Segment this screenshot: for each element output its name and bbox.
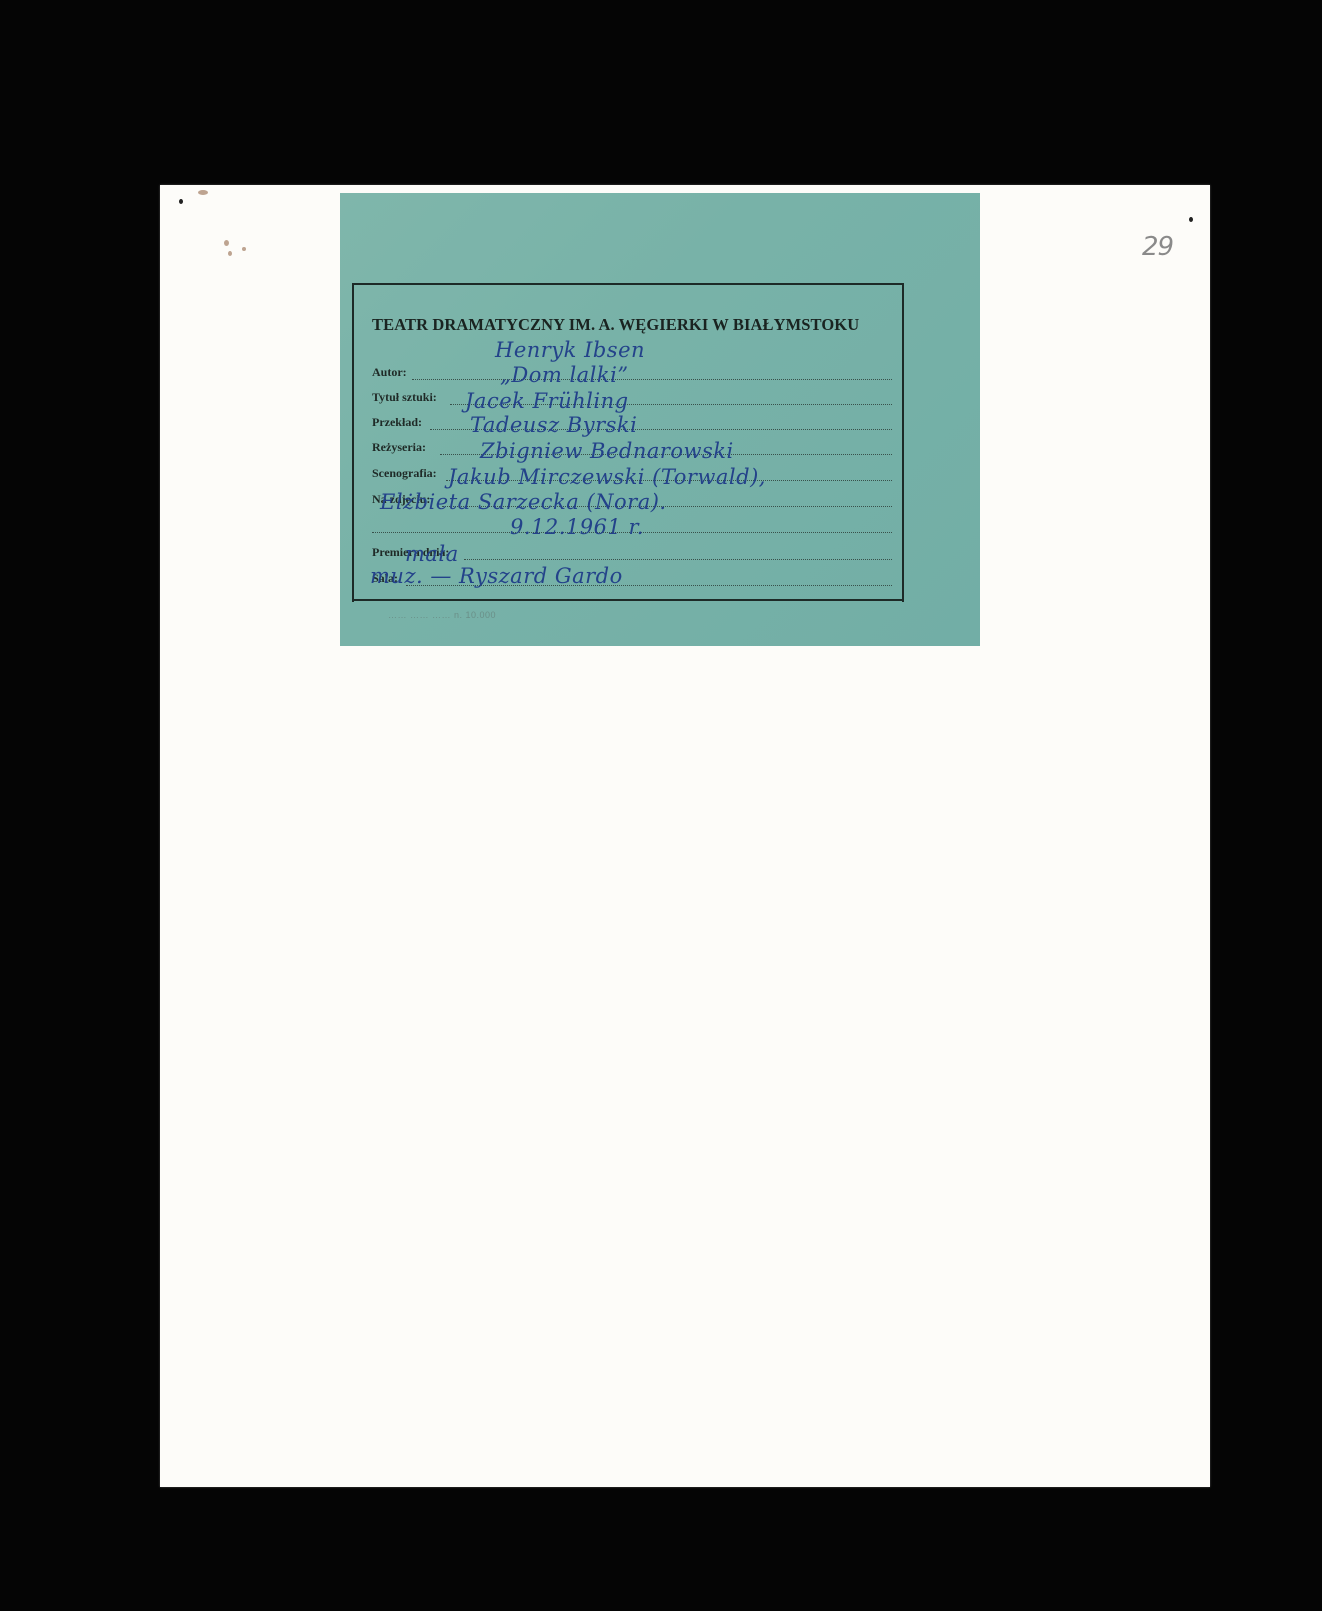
printer-note: …… …… …… n. 10.000 [388,610,496,620]
dotted-line [464,559,892,560]
field-value-pictured-cont: Elżbieta Sarzecka (Nora). [380,490,667,514]
field-label: Autor: [372,365,407,380]
field-value-hall: mała [405,542,459,566]
pin-hole-top-right [1189,217,1193,222]
dotted-line [412,379,892,380]
card-frame-bottom-rule [352,599,904,601]
field-value-scenography: Zbigniew Bednarowski [480,439,734,463]
pin-hole-top-left [179,199,183,204]
stain [198,190,208,195]
field-title: Tytuł sztuki: [372,383,892,407]
field-value-pictured: Jakub Mirczewski (Torwald), [448,465,766,489]
page-number: 29 [1142,232,1173,262]
field-value-direction: Tadeusz Byrski [470,413,637,437]
field-value-music: muz. — Ryszard Gardo [370,564,623,588]
stain [228,251,232,256]
stain [224,240,229,246]
field-label: Reżyseria: [372,440,426,455]
info-card: TEATR DRAMATYCZNY IM. A. WĘGIERKI W BIAŁ… [340,193,980,646]
field-value-translation: Jacek Frühling [465,389,629,413]
field-label: Scenografia: [372,466,437,481]
field-value-title: „Dom lalki” [500,363,629,387]
field-value-premiere: 9.12.1961 r. [510,515,644,539]
card-title: TEATR DRAMATYCZNY IM. A. WĘGIERKI W BIAŁ… [372,315,859,335]
field-label: Przekład: [372,415,422,430]
field-label: Tytuł sztuki: [372,390,437,405]
field-value-author: Henryk Ibsen [495,338,645,362]
stain [242,247,246,251]
